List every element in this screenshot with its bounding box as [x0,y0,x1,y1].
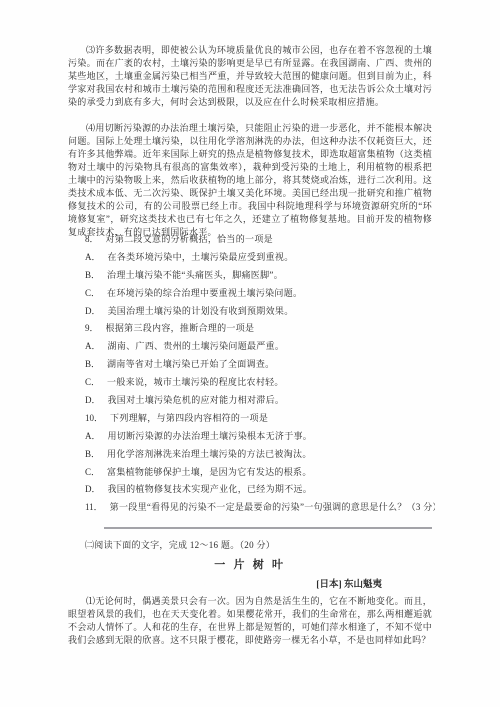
option-label: C． [85,374,100,392]
question-8-option-a: A． 在各类环境污染中，土壤污染最应受到重视。 [85,249,435,267]
question-8-stem: 8． 对第二段文意的分析概括，恰当的一项是 [85,231,435,249]
option-label: A． [85,249,101,267]
question-stem-text: 第一段里“看得见的污染不一定是最要命的污染”一句强调的意思是什么？（3 分） [110,499,435,517]
question-number: 11． [85,499,103,517]
question-stem-text: 根据第三段内容，推断合理的一项是 [106,320,435,338]
question-stem-text: 对第二段文意的分析概括，恰当的一项是 [106,231,435,249]
question-10-option-b: B． 用化学溶剂淋洗来治理土壤污染的方法已被淘汰。 [85,446,435,464]
option-text: 我国的植物修复技术实现产业化，已经为期不远。 [108,481,436,499]
question-10-option-a: A． 用切断污染源的办法治理土壤污染根本无济于事。 [85,428,435,446]
option-text: 用化学溶剂淋洗来治理土壤污染的方法已被淘汰。 [107,446,435,464]
option-label: B． [85,267,100,285]
option-text: 湖南等省对土壤污染已开始了全面调查。 [107,356,435,374]
option-text: 美国治理土壤污染的计划没有收到预期效果。 [108,303,436,321]
option-label: A． [85,428,101,446]
option-text: 治理土壤污染不能“头痛医头，脚痛医脚”。 [107,267,435,285]
option-label: A． [85,338,101,356]
question-8-option-d: D． 美国治理土壤污染的计划没有收到预期效果。 [85,303,435,321]
option-label: C． [85,285,100,303]
question-9-option-c: C． 一般来说，城市土壤污染的程度比农村轻。 [85,374,435,392]
question-11-stem: 11． 第一段里“看得见的污染不一定是最要命的污染”一句强调的意思是什么？（3 … [85,499,435,517]
question-number: 10． [85,410,103,428]
option-text: 在环境污染的综合治理中要重视土壤污染问题。 [107,285,435,303]
question-9-option-d: D． 我国对土壤污染危机的应对能力相对滞后。 [85,392,435,410]
passage2-instructions: ㈡阅读下面的文字，完成 12～16 题。（20 分） [85,539,435,552]
option-label: B． [85,356,100,374]
question-9-option-b: B． 湖南等省对土壤污染已开始了全面调查。 [85,356,435,374]
question-number: 8． [85,231,99,249]
option-label: D． [85,392,101,410]
question-10-option-c: C． 富集植物能够保护土壤，是因为它有发达的根系。 [85,464,435,482]
option-text: 我国对土壤污染危机的应对能力相对滞后。 [108,392,436,410]
question-10-stem: 10． 下列理解，与第四段内容相符的一项是 [85,410,435,428]
passage1-paragraph-4: ⑷用切断污染源的办法治理土壤污染，只能阻止污染的进一步恶化，并不能根本解决问题。… [68,122,432,239]
exam-page: ⑶许多数据表明，即使被公认为环境质量优良的城市公园，也存在着不容忽视的土壤污染。… [0,0,500,707]
option-text: 在各类环境污染中，土壤污染最应受到重视。 [108,249,436,267]
option-text: 一般来说，城市土壤污染的程度比农村轻。 [107,374,435,392]
option-text: 湖南、广西、贵州的土壤污染问题最严重。 [108,338,436,356]
essay-author: [日本] 东山魁夷 [68,576,432,590]
option-text: 用切断污染源的办法治理土壤污染根本无济于事。 [108,428,436,446]
option-label: D． [85,481,101,499]
question-list: 8． 对第二段文意的分析概括，恰当的一项是 A． 在各类环境污染中，土壤污染最应… [85,231,435,517]
question-9-stem: 9． 根据第三段内容，推断合理的一项是 [85,320,435,338]
option-label: D． [85,303,101,321]
question-number: 9． [85,320,99,338]
passage2-paragraph-1: ⑴无论何时，偶遇美景只会有一次。因为自然是活生生的，它在不断地变化。而且，眼望着… [68,595,432,647]
question-9-option-a: A． 湖南、广西、贵州的土壤污染问题最严重。 [85,338,435,356]
question-8-option-c: C． 在环境污染的综合治理中要重视土壤污染问题。 [85,285,435,303]
option-text: 富集植物能够保护土壤，是因为它有发达的根系。 [107,464,435,482]
section-divider [104,527,432,529]
question-10-option-d: D． 我国的植物修复技术实现产业化，已经为期不远。 [85,481,435,499]
option-label: C． [85,464,100,482]
essay-title: 一 片 树 叶 [0,556,500,572]
passage1-paragraph-3: ⑶许多数据表明，即使被公认为环境质量优良的城市公园，也存在着不容忽视的土壤污染。… [68,44,432,109]
question-stem-text: 下列理解，与第四段内容相符的一项是 [110,410,435,428]
option-label: B． [85,446,100,464]
question-8-option-b: B． 治理土壤污染不能“头痛医头，脚痛医脚”。 [85,267,435,285]
